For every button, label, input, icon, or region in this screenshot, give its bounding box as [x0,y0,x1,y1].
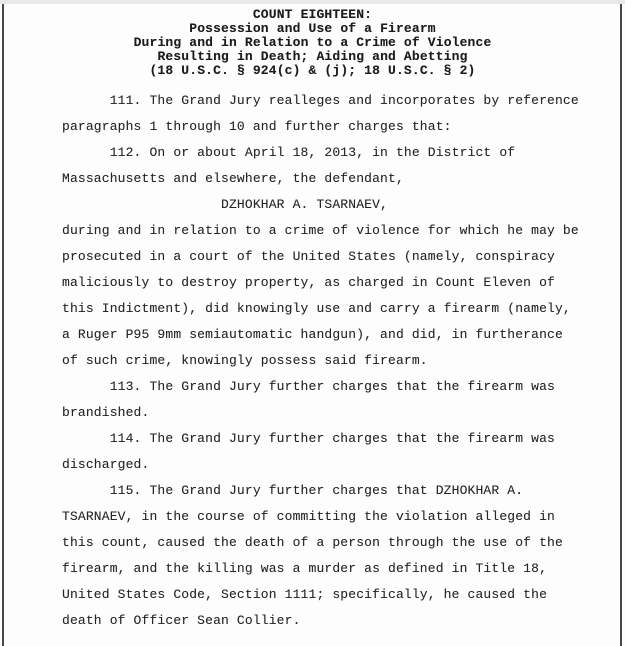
count-body-line: death of Officer Sean Collier. [62,608,625,634]
count-body-line: this count, caused the death of a person… [62,530,625,556]
count-body-line: 112. On or about April 18, 2013, in the … [62,140,625,166]
count-heading-line: Possession and Use of a Firearm [0,22,625,36]
count-body-line: a Ruger P95 9mm semiautomatic handgun), … [62,322,625,348]
scan-left-border [2,4,4,646]
count-body-line: during and in relation to a crime of vio… [62,218,625,244]
count-body-line: 113. The Grand Jury further charges that… [62,374,625,400]
count-body-line: 115. The Grand Jury further charges that… [62,478,625,504]
count-body-line: TSARNAEV, in the course of committing th… [62,504,625,530]
scanned-indictment-page: COUNT EIGHTEEN:Possession and Use of a F… [0,0,625,646]
count-heading-line: (18 U.S.C. § 924(c) & (j); 18 U.S.C. § 2… [0,64,625,78]
scan-right-border [620,4,622,646]
count-body-line: of such crime, knowingly possess said fi… [62,348,625,374]
count-eighteen-section: COUNT EIGHTEEN:Possession and Use of a F… [0,0,625,634]
count-body-line: 114. The Grand Jury further charges that… [62,426,625,452]
count-body-line: firearm, and the killing was a murder as… [62,556,625,582]
count-body-line: prosecuted in a court of the United Stat… [62,244,625,270]
count-body-line: brandished. [62,400,625,426]
count-body-line: DZHOKHAR A. TSARNAEV, [62,192,625,218]
count-body-line: 111. The Grand Jury realleges and incorp… [62,88,625,114]
count-body-text: 111. The Grand Jury realleges and incorp… [0,88,625,634]
count-heading: COUNT EIGHTEEN:Possession and Use of a F… [0,0,625,78]
scan-top-strip [0,0,625,4]
count-body-line: Massachusetts and elsewhere, the defenda… [62,166,625,192]
count-body-line: this Indictment), did knowingly use and … [62,296,625,322]
count-body-line: United States Code, Section 1111; specif… [62,582,625,608]
count-heading-line: During and in Relation to a Crime of Vio… [0,36,625,50]
count-body-line: discharged. [62,452,625,478]
count-heading-line: COUNT EIGHTEEN: [0,8,625,22]
count-heading-line: Resulting in Death; Aiding and Abetting [0,50,625,64]
count-body-line: paragraphs 1 through 10 and further char… [62,114,625,140]
count-body-line: maliciously to destroy property, as char… [62,270,625,296]
